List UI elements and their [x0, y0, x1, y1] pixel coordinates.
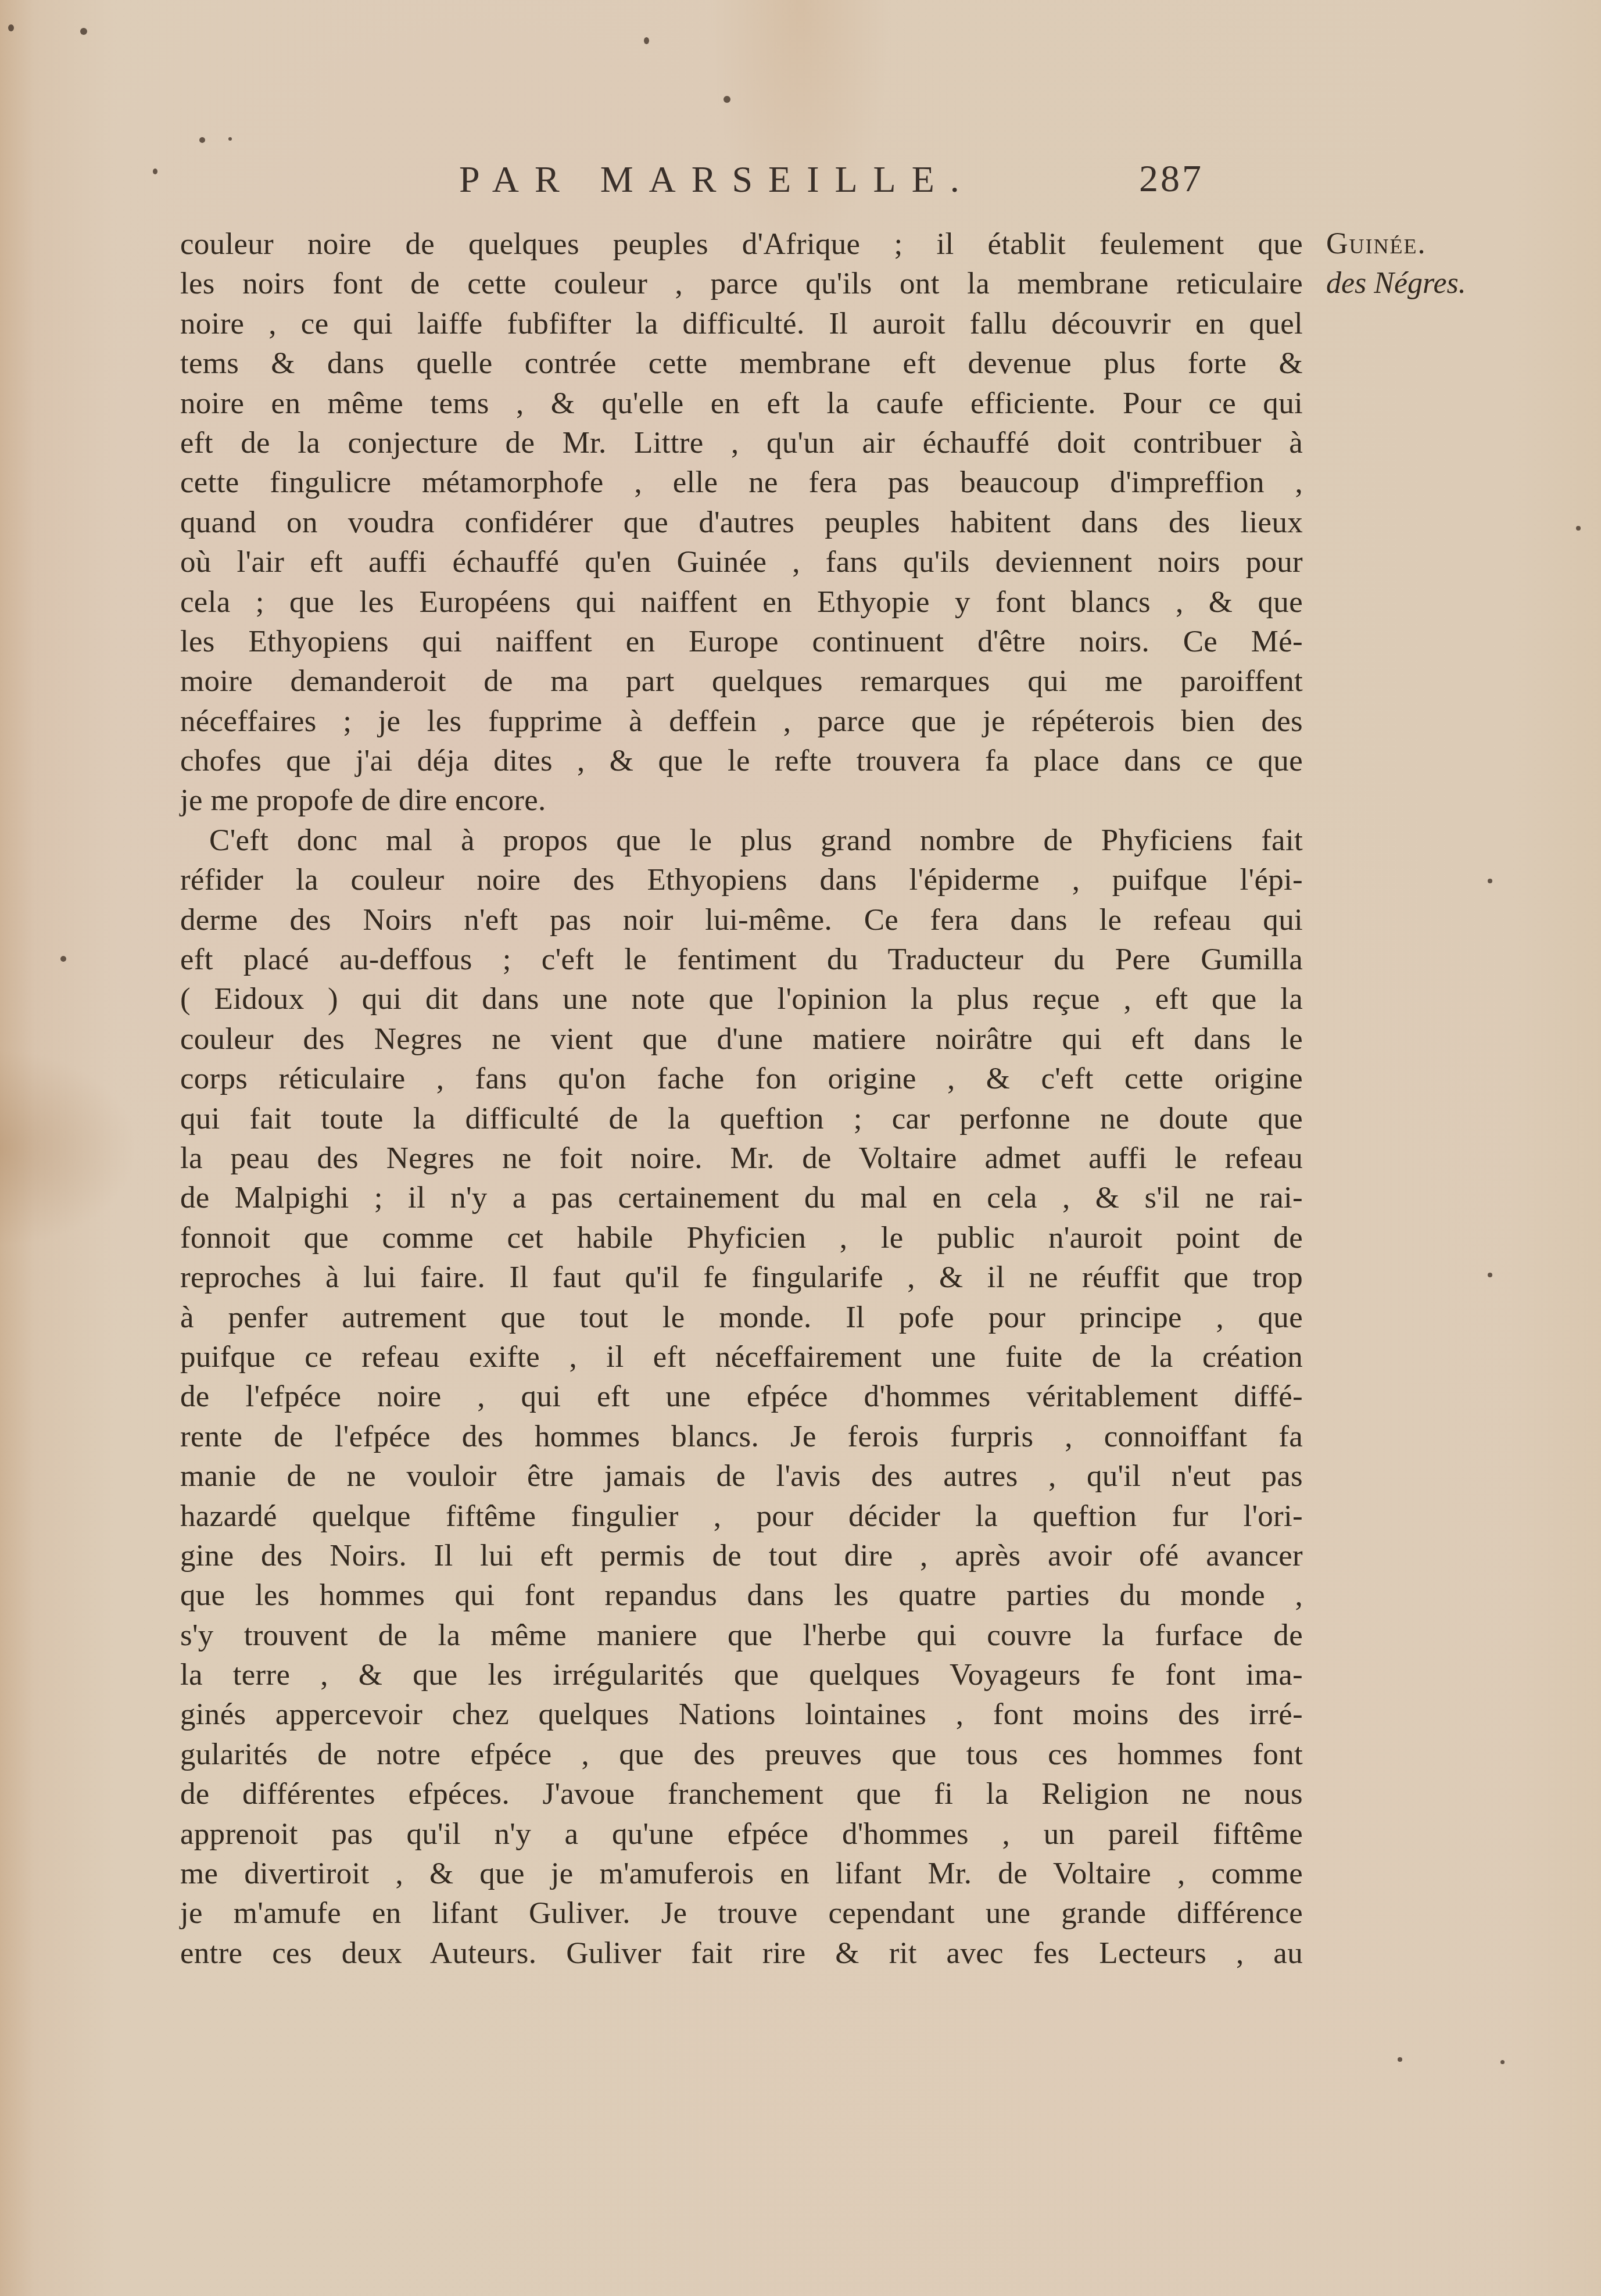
paper-speck: [80, 28, 87, 35]
paper-speck: [724, 96, 730, 103]
paper-speck: [60, 956, 66, 962]
text-line: noire , ce qui laiffe fubfifter la diffi…: [180, 304, 1303, 343]
paper-speck: [1488, 1273, 1492, 1277]
text-line: qui fait toute la difficulté de la queft…: [180, 1099, 1303, 1138]
paper-speck: [228, 137, 232, 141]
text-line: noire en même tems , & qu'elle en eft la…: [180, 384, 1303, 423]
text-line: que les hommes qui font repandus dans le…: [180, 1575, 1303, 1615]
text-line: gularités de notre efpéce , que des preu…: [180, 1735, 1303, 1774]
page-number: 287: [1139, 157, 1204, 201]
text-line: tems & dans quelle contrée cette membran…: [180, 343, 1303, 383]
paper-speck: [1398, 2057, 1402, 2062]
marginal-note: Guinée. des Négres.: [1326, 224, 1593, 304]
paper-speck: [1576, 526, 1581, 531]
text-line: ( Eidoux ) qui dit dans une note que l'o…: [180, 979, 1303, 1019]
paper-speck: [153, 169, 157, 174]
text-line: me divertiroit , & que je m'amuferois en…: [180, 1854, 1303, 1893]
marginal-note-place: Guinée.: [1326, 224, 1593, 264]
paper-speck: [1500, 2060, 1505, 2064]
text-line: hazardé quelque fiftême fingulier , pour…: [180, 1496, 1303, 1536]
text-line: la peau des Negres ne foit noire. Mr. de…: [180, 1138, 1303, 1178]
paper-speck: [644, 37, 649, 44]
text-line: réfider la couleur noire des Ethyopiens …: [180, 860, 1303, 900]
text-line: quand on voudra confidérer que d'autres …: [180, 503, 1303, 542]
text-line: où l'air eft auffi échauffé qu'en Guinée…: [180, 542, 1303, 582]
book-page: PAR MARSEILLE. 287 Guinée. des Négres. c…: [0, 0, 1601, 2296]
text-line: couleur noire de quelques peuples d'Afri…: [180, 224, 1303, 264]
text-line: ginés appercevoir chez quelques Nations …: [180, 1695, 1303, 1734]
text-line: puifque ce refeau exifte , il eft néceff…: [180, 1337, 1303, 1377]
text-line: la terre , & que les irrégularités que q…: [180, 1655, 1303, 1695]
text-line: chofes que j'ai déja dites , & que le re…: [180, 741, 1303, 780]
text-line: les Ethyopiens qui naiffent en Europe co…: [180, 622, 1303, 661]
text-line: de l'efpéce noire , qui eft une efpéce d…: [180, 1377, 1303, 1416]
marginal-note-subject: des Négres.: [1326, 264, 1593, 303]
paragraph-end-line: je me propofe de dire encore.: [180, 780, 1303, 820]
text-line: manie de ne vouloir être jamais de l'avi…: [180, 1456, 1303, 1496]
text-line: apprenoit pas qu'il n'y a qu'une efpéce …: [180, 1814, 1303, 1854]
paragraph-start-line: C'eft donc mal à propos que le plus gran…: [180, 821, 1303, 860]
text-line: entre ces deux Auteurs. Guliver fait rir…: [180, 1933, 1303, 1973]
text-line: les noirs font de cette couleur , parce …: [180, 264, 1303, 303]
text-line: eft de la conjecture de Mr. Littre , qu'…: [180, 423, 1303, 463]
text-line: fonnoit que comme cet habile Phyficien ,…: [180, 1218, 1303, 1258]
text-line: reproches à lui faire. Il faut qu'il fe …: [180, 1258, 1303, 1297]
text-line: derme des Noirs n'eft pas noir lui-même.…: [180, 900, 1303, 940]
text-line: couleur des Negres ne vient que d'une ma…: [180, 1019, 1303, 1059]
text-line: s'y trouvent de la même maniere que l'he…: [180, 1616, 1303, 1655]
text-line: rente de l'efpéce des hommes blancs. Je …: [180, 1417, 1303, 1456]
text-line: corps réticulaire , fans qu'on fache fon…: [180, 1059, 1303, 1098]
text-line: cela ; que les Européens qui naiffent en…: [180, 582, 1303, 622]
text-line: je m'amufe en lifant Guliver. Je trouve …: [180, 1893, 1303, 1933]
running-title: PAR MARSEILLE.: [459, 158, 975, 201]
text-line: moire demanderoit de ma part quelques re…: [180, 661, 1303, 701]
body-text: couleur noire de quelques peuples d'Afri…: [180, 224, 1303, 1973]
text-line: gine des Noirs. Il lui eft permis de tou…: [180, 1536, 1303, 1575]
text-line: de différentes efpéces. J'avoue franchem…: [180, 1774, 1303, 1814]
text-line: eft placé au-deffous ; c'eft le fentimen…: [180, 940, 1303, 979]
text-line: néceffaires ; je les fupprime à deffein …: [180, 701, 1303, 741]
paper-speck: [1488, 879, 1492, 883]
text-line: cette fingulicre métamorphofe , elle ne …: [180, 463, 1303, 502]
running-head: PAR MARSEILLE. 287: [174, 158, 1302, 205]
text-line: de Malpighi ; il n'y a pas certainement …: [180, 1178, 1303, 1217]
text-line: à penfer autrement que tout le monde. Il…: [180, 1298, 1303, 1337]
paper-speck: [199, 137, 205, 143]
paper-speck: [8, 24, 14, 31]
